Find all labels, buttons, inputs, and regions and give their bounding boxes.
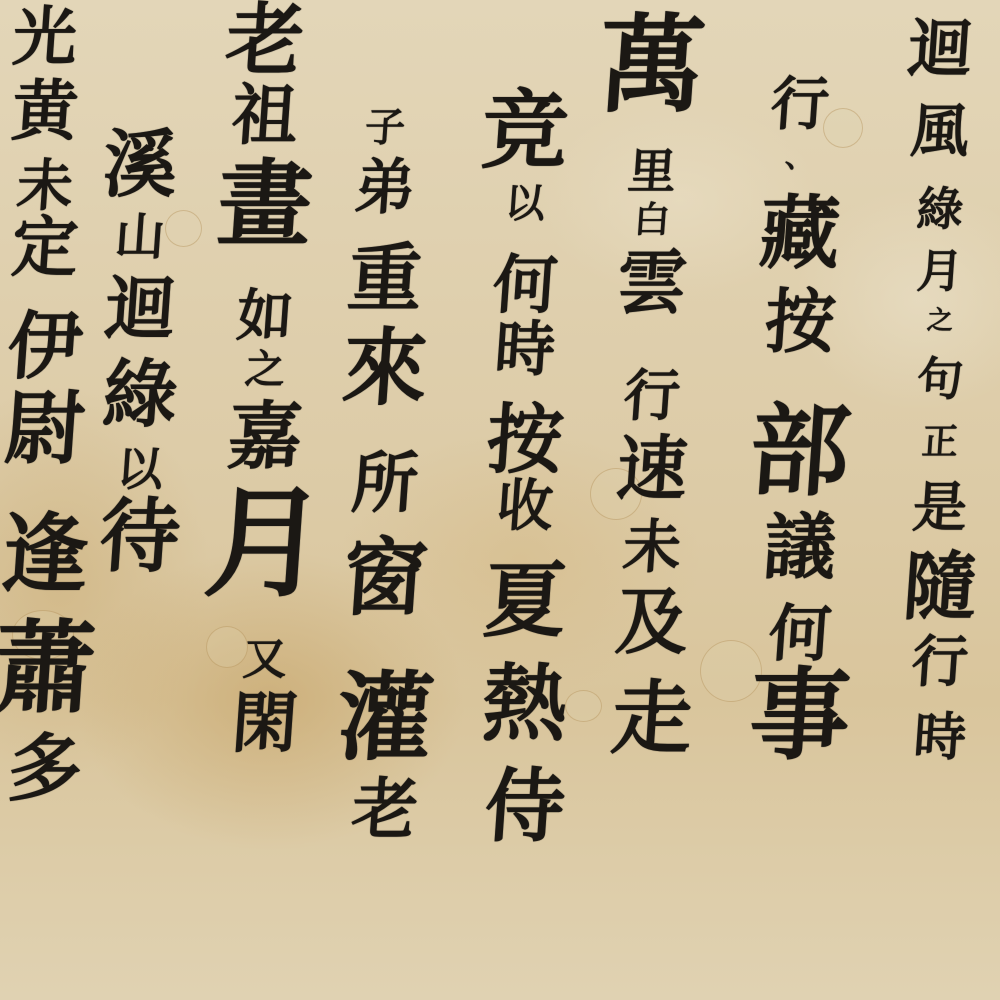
- character: 行: [622, 368, 682, 424]
- character: 來: [340, 326, 430, 410]
- text-column-8: 光 黄 未 定 伊 尉 逢 蕭 多: [0, 6, 90, 806]
- character: 侍: [482, 766, 568, 846]
- character: 夏: [481, 560, 569, 642]
- character: 如: [235, 288, 295, 344]
- character: 迴: [906, 18, 974, 82]
- text-column-6: 老 祖 畫 如 之 嘉 月 又 閑: [205, 2, 325, 756]
- character: 伊: [5, 310, 84, 384]
- text-column-5: 子 弟 重 來 所 窗 灌 老: [330, 108, 440, 842]
- character: 時: [912, 712, 968, 764]
- character: 多: [5, 732, 84, 806]
- character: 綠: [100, 358, 179, 432]
- character: 正: [921, 424, 960, 460]
- character: 部: [747, 401, 854, 501]
- character: 待: [97, 496, 183, 576]
- character: 迴: [103, 274, 178, 344]
- character: 風: [909, 102, 971, 160]
- character: 議: [761, 511, 838, 583]
- character: 句: [915, 356, 964, 402]
- calligraphy-paper: 迴 風 綠 月 之 句 正 是 隨 行 時 行 、 藏 按 部 議 何 事 萬 …: [0, 0, 1000, 1000]
- character: 光: [11, 6, 79, 70]
- character: 是: [911, 480, 969, 534]
- character: 蕭: [0, 618, 98, 718]
- character: 及: [613, 586, 690, 658]
- character: 熱: [480, 662, 570, 746]
- character: 白: [633, 202, 672, 238]
- character: 子: [364, 108, 407, 148]
- character: 以: [504, 184, 547, 224]
- character: 行: [910, 634, 970, 690]
- text-column-4: 竞 以 何 時 按 收 夏 熱 侍: [470, 88, 580, 846]
- character: 老: [223, 2, 306, 80]
- character: 窗: [340, 536, 430, 620]
- character: 弟: [353, 158, 417, 218]
- character: 里: [626, 148, 677, 196]
- character: 之: [244, 350, 287, 390]
- character: 竞: [479, 88, 571, 174]
- character: 何: [491, 254, 559, 318]
- character: 月: [915, 248, 964, 294]
- character: 萬: [595, 12, 708, 118]
- character: 、: [784, 143, 816, 173]
- character: 走: [609, 678, 695, 758]
- character: 重: [345, 242, 424, 316]
- character: 之: [926, 308, 954, 334]
- character: 灌: [334, 670, 437, 766]
- text-column-2: 行 、 藏 按 部 議 何 事: [745, 75, 855, 765]
- character: 按: [763, 287, 838, 357]
- character: 按: [484, 402, 565, 478]
- character: 事: [747, 665, 854, 765]
- character: 祖: [230, 82, 301, 148]
- character: 閑: [230, 690, 301, 756]
- character: 綠: [915, 186, 964, 232]
- character: 尉: [2, 388, 88, 468]
- character: 逢: [0, 512, 91, 598]
- character: 時: [493, 320, 557, 380]
- character: 收: [495, 478, 555, 534]
- character: 月: [201, 484, 329, 604]
- character: 隨: [900, 550, 979, 624]
- character: 畫: [215, 158, 316, 252]
- character: 定: [10, 214, 81, 280]
- character: 老: [350, 776, 421, 842]
- text-column-7: 溪 山 迴 綠 以 待: [90, 128, 190, 576]
- character: 黄: [10, 78, 81, 144]
- character: 未: [621, 518, 683, 576]
- character: 山: [113, 212, 166, 262]
- character: 又: [241, 638, 288, 682]
- character: 嘉: [225, 400, 304, 474]
- text-column-1: 迴 風 綠 月 之 句 正 是 隨 行 時: [895, 18, 985, 764]
- character: 速: [615, 434, 690, 504]
- character: 所: [350, 450, 421, 516]
- character: 行: [769, 75, 831, 133]
- character: 以: [115, 446, 164, 492]
- text-column-3: 萬 里 白 雲 行 速 未 及 走: [602, 12, 702, 758]
- character: 未: [15, 158, 75, 214]
- character: 藏: [757, 193, 843, 273]
- character: 雲: [615, 248, 690, 318]
- character: 溪: [100, 128, 179, 202]
